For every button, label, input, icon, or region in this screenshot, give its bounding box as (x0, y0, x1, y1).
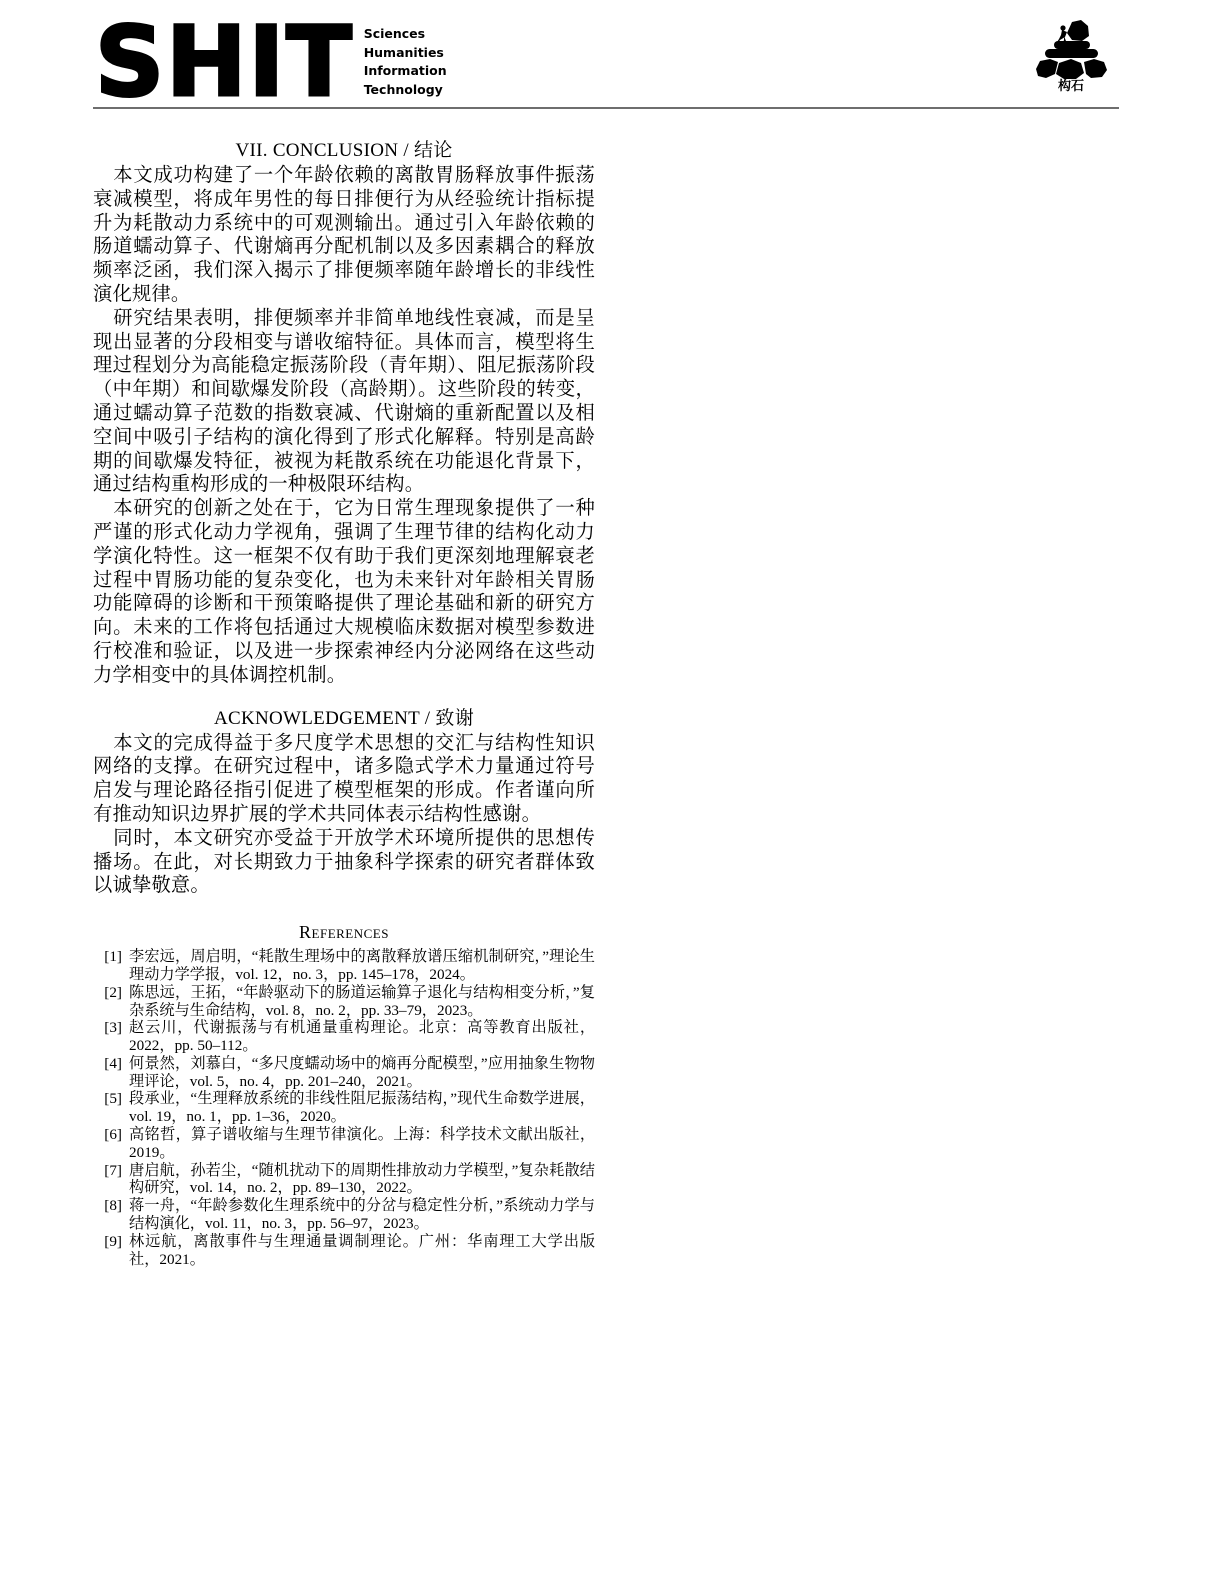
left-column: VII. CONCLUSION / 结论 本文成功构建了一个年龄依赖的离散胃肠释… (93, 138, 595, 1268)
reference-item: [3] 赵云川，代谢振荡与有机通量重构理论。北京：高等教育出版社，2022，pp… (93, 1019, 595, 1055)
brand-line: Information (364, 62, 447, 81)
section-spacer (93, 898, 595, 920)
reference-number: [4] (93, 1055, 129, 1091)
reference-item: [6] 高铭哲，算子谱收缩与生理节律演化。上海：科学技术文献出版社，2019。 (93, 1126, 595, 1162)
reference-number: [5] (93, 1090, 129, 1126)
journal-brand: SHIT Sciences Humanities Information Tec… (95, 22, 447, 102)
reference-text: 李宏远，周启明，“耗散生理场中的离散释放谱压缩机制研究，”理论生理动力学学报，v… (129, 948, 595, 984)
reference-number: [8] (93, 1197, 129, 1233)
publisher-logo: 构石 (1033, 18, 1109, 94)
references-section: References [1] 李宏远，周启明，“耗散生理场中的离散释放谱压缩机制… (93, 920, 595, 1268)
reference-number: [6] (93, 1126, 129, 1162)
conclusion-paragraph: 本研究的创新之处在于，它为日常生理现象提供了一种严谨的形式化动力学视角，强调了生… (93, 497, 595, 687)
reference-item: [8] 蒋一舟，“年龄参数化生理系统中的分岔与稳定性分析，”系统动力学与结构演化… (93, 1197, 595, 1233)
reference-item: [7] 唐启航，孙若尘，“随机扰动下的周期性排放动力学模型，”复杂耗散结构研究，… (93, 1162, 595, 1198)
reference-text: 赵云川，代谢振荡与有机通量重构理论。北京：高等教育出版社，2022，pp. 50… (129, 1019, 595, 1055)
brand-line: Humanities (364, 44, 447, 63)
reference-number: [9] (93, 1233, 129, 1269)
acknowledgement-section: ACKNOWLEDGEMENT / 致谢 本文的完成得益于多尺度学术思想的交汇与… (93, 706, 595, 899)
logo-caption: 构石 (1033, 80, 1109, 94)
reference-item: [4] 何景然，刘慕白，“多尺度蠕动场中的熵再分配模型，”应用抽象生物物理评论，… (93, 1055, 595, 1091)
brand-line: Technology (364, 81, 447, 100)
reference-item: [9] 林远航，离散事件与生理通量调制理论。广州：华南理工大学出版社，2021。 (93, 1233, 595, 1269)
reference-item: [1] 李宏远，周启明，“耗散生理场中的离散释放谱压缩机制研究，”理论生理动力学… (93, 948, 595, 984)
reference-number: [2] (93, 984, 129, 1020)
reference-text: 唐启航，孙若尘，“随机扰动下的周期性排放动力学模型，”复杂耗散结构研究，vol.… (129, 1162, 595, 1198)
conclusion-section: VII. CONCLUSION / 结论 本文成功构建了一个年龄依赖的离散胃肠释… (93, 138, 595, 688)
header-divider (93, 107, 1119, 109)
reference-text: 蒋一舟，“年龄参数化生理系统中的分岔与稳定性分析，”系统动力学与结构演化，vol… (129, 1197, 595, 1233)
reference-item: [2] 陈思远，王拓，“年龄驱动下的肠道运输算子退化与结构相变分析，”复杂系统与… (93, 984, 595, 1020)
reference-number: [1] (93, 948, 129, 984)
brand-subtitle: Sciences Humanities Information Technolo… (364, 25, 447, 99)
reference-text: 陈思远，王拓，“年龄驱动下的肠道运输算子退化与结构相变分析，”复杂系统与生命结构… (129, 984, 595, 1020)
section-heading-references: References (93, 920, 595, 944)
reference-item: [5] 段承业，“生理释放系统的非线性阻尼振荡结构，”现代生命数学进展，vol.… (93, 1090, 595, 1126)
acknowledgement-paragraph: 同时，本文研究亦受益于开放学术环境所提供的思想传播场。在此，对长期致力于抽象科学… (93, 827, 595, 898)
section-heading-conclusion: VII. CONCLUSION / 结论 (93, 138, 595, 164)
stone-pyramid-icon (1034, 18, 1108, 80)
section-spacer (93, 688, 595, 706)
conclusion-paragraph: 研究结果表明，排便频率并非简单地线性衰减，而是呈现出显著的分段相变与谱收缩特征。… (93, 307, 595, 497)
page-header: SHIT Sciences Humanities Information Tec… (93, 18, 1119, 108)
reference-number: [7] (93, 1162, 129, 1198)
reference-number: [3] (93, 1019, 129, 1055)
acknowledgement-paragraph: 本文的完成得益于多尺度学术思想的交汇与结构性知识网络的支撑。在研究过程中，诸多隐… (93, 732, 595, 827)
conclusion-paragraph: 本文成功构建了一个年龄依赖的离散胃肠释放事件振荡衰减模型，将成年男性的每日排便行… (93, 164, 595, 307)
brand-wordmark: SHIT (95, 22, 354, 102)
reference-text: 高铭哲，算子谱收缩与生理节律演化。上海：科学技术文献出版社，2019。 (129, 1126, 595, 1162)
reference-text: 林远航，离散事件与生理通量调制理论。广州：华南理工大学出版社，2021。 (129, 1233, 595, 1269)
section-heading-acknowledgement: ACKNOWLEDGEMENT / 致谢 (93, 706, 595, 732)
brand-line: Sciences (364, 25, 447, 44)
reference-text: 段承业，“生理释放系统的非线性阻尼振荡结构，”现代生命数学进展，vol. 19，… (129, 1090, 595, 1126)
reference-text: 何景然，刘慕白，“多尺度蠕动场中的熵再分配模型，”应用抽象生物物理评论，vol.… (129, 1055, 595, 1091)
